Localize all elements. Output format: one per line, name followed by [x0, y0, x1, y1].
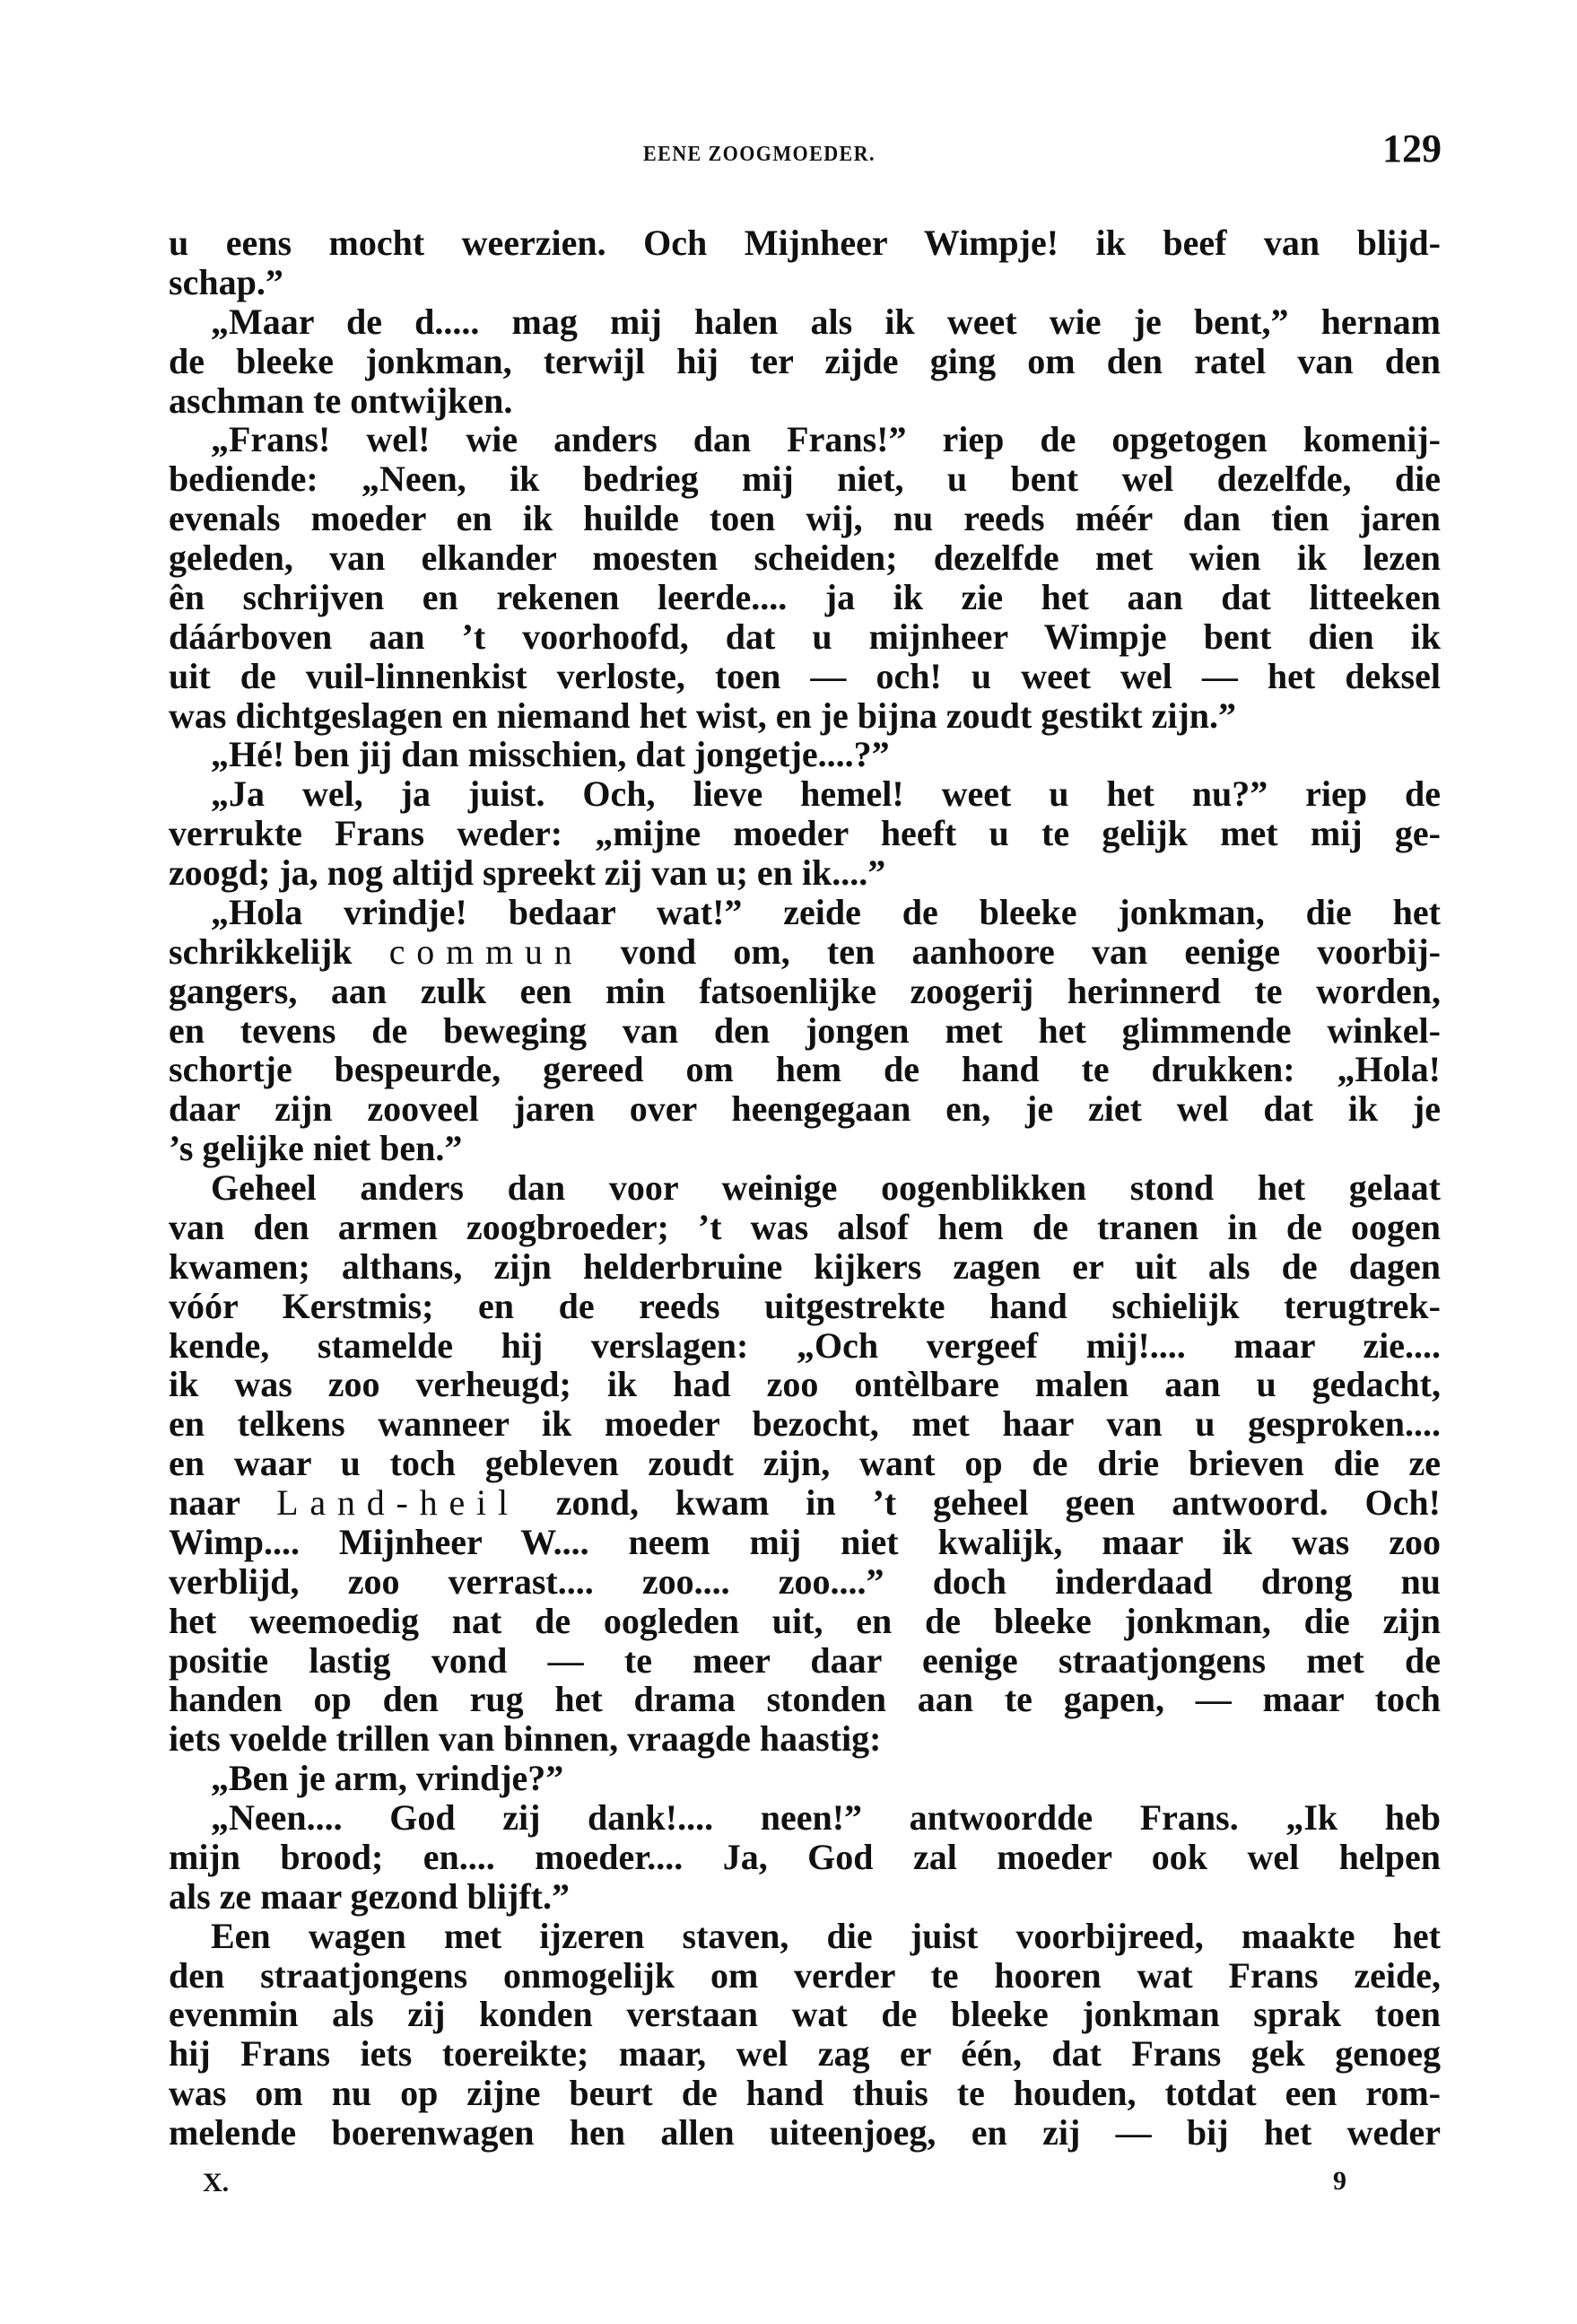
- paragraph: Een wagen met ijzeren staven, die juist …: [169, 1917, 1441, 2153]
- text-segment: gangers, aan zulk een min fatsoenlijke z…: [169, 971, 1441, 1011]
- text-segment: naar: [169, 1482, 276, 1523]
- text-line: en telkens wanneer ik moeder bezocht, me…: [169, 1404, 1441, 1444]
- text-segment: vóór Kerstmis; en de reeds uitgestrekte …: [169, 1286, 1441, 1326]
- text-line: melende boerenwagen hen allen uiteenjoeg…: [169, 2113, 1441, 2153]
- text-segment: kwamen; althans, zijn helderbruine kijke…: [169, 1246, 1441, 1287]
- text-segment: daar zijn zooveel jaren over heengegaan …: [169, 1088, 1441, 1129]
- sheet-number: 9: [1333, 2168, 1346, 2195]
- paragraph: u eens mocht weerzien. Och Mijnheer Wimp…: [169, 223, 1441, 302]
- text-line: positie lastig vond — te meer daar eenig…: [169, 1641, 1441, 1681]
- text-segment: het weemoedig nat de oogleden uit, en de…: [169, 1601, 1441, 1641]
- text-segment: ik was zoo verheugd; ik had zoo ontèlbar…: [169, 1364, 1441, 1404]
- text-line: het weemoedig nat de oogleden uit, en de…: [169, 1602, 1441, 1641]
- text-line: evenals moeder en ik huilde toen wij, nu…: [169, 499, 1441, 538]
- body-text: u eens mocht weerzien. Och Mijnheer Wimp…: [169, 223, 1441, 2153]
- text-segment: zond, kwam in ’t geheel geen antwoord. O…: [519, 1482, 1441, 1523]
- text-segment: „Maar de d..... mag mij halen als ik wee…: [211, 301, 1441, 342]
- text-line: kende, stamelde hij verslagen: „Och verg…: [169, 1326, 1441, 1366]
- text-line: zoogd; ja, nog altijd spreekt zij van u;…: [169, 853, 1441, 893]
- text-line: bediende: „Neen, ik bedrieg mij niet, u …: [169, 459, 1441, 499]
- text-line: verblijd, zoo verrast.... zoo.... zoo...…: [169, 1562, 1441, 1602]
- text-segment: verrukte Frans weder: „mijne moeder heef…: [169, 813, 1441, 853]
- paragraph: „Ja wel, ja juist. Och, lieve hemel! wee…: [169, 774, 1441, 893]
- text-line: dáárboven aan ’t voorhoofd, dat u mijnhe…: [169, 617, 1441, 657]
- text-line: ên schrijven en rekenen leerde.... ja ik…: [169, 578, 1441, 617]
- text-line: van den armen zoogbroeder; ’t was alsof …: [169, 1208, 1441, 1247]
- text-segment: en telkens wanneer ik moeder bezocht, me…: [169, 1403, 1441, 1444]
- text-line: Een wagen met ijzeren staven, die juist …: [169, 1917, 1441, 1956]
- text-segment: positie lastig vond — te meer daar eenig…: [169, 1640, 1441, 1681]
- text-segment: schortje bespeurde, gereed om hem de han…: [169, 1049, 1441, 1089]
- text-line: Wimp.... Mijnheer W.... neem mij niet kw…: [169, 1523, 1441, 1562]
- text-segment: iets voelde trillen van binnen, vraagde …: [169, 1718, 881, 1759]
- text-line: de bleeke jonkman, terwijl hij ter zijde…: [169, 342, 1441, 381]
- text-line: „Frans! wel! wie anders dan Frans!” riep…: [169, 420, 1441, 459]
- text-segment: en tevens de beweging van den jongen met…: [169, 1010, 1441, 1051]
- text-segment: handen op den rug het drama stonden aan …: [169, 1679, 1441, 1719]
- text-line: verrukte Frans weder: „mijne moeder heef…: [169, 814, 1441, 853]
- text-line: u eens mocht weerzien. Och Mijnheer Wimp…: [169, 223, 1441, 263]
- text-line: ik was zoo verheugd; ik had zoo ontèlbar…: [169, 1365, 1441, 1404]
- text-line: geleden, van elkander moesten scheiden; …: [169, 538, 1441, 578]
- text-line: „Ben je arm, vrindje?”: [169, 1759, 1441, 1798]
- text-line: iets voelde trillen van binnen, vraagde …: [169, 1719, 1441, 1759]
- text-segment: mijn brood; en.... moeder.... Ja, God za…: [169, 1837, 1441, 1877]
- text-segment: Wimp.... Mijnheer W.... neem mij niet kw…: [169, 1522, 1441, 1562]
- text-segment: van den armen zoogbroeder; ’t was alsof …: [169, 1207, 1441, 1247]
- signature-mark: X.: [203, 2170, 229, 2197]
- text-line: naar Land-heil zond, kwam in ’t geheel g…: [169, 1483, 1441, 1523]
- text-segment: ’s gelijke niet ben.”: [169, 1128, 462, 1168]
- paragraph: „Hola vrindje! bedaar wat!” zeide de ble…: [169, 893, 1441, 1168]
- text-line: schrikkelijk commun vond om, ten aanhoor…: [169, 932, 1441, 972]
- text-segment: den straatjongens onmogelijk om verder t…: [169, 1955, 1441, 1996]
- text-segment: kende, stamelde hij verslagen: „Och verg…: [169, 1325, 1441, 1366]
- text-line: „Neen.... God zij dank!.... neen!” antwo…: [169, 1798, 1441, 1838]
- text-segment: was dichtgeslagen en niemand het wist, e…: [169, 695, 1236, 736]
- text-segment: evenals moeder en ik huilde toen wij, nu…: [169, 498, 1441, 538]
- text-segment: „Hola vrindje! bedaar wat!” zeide de ble…: [211, 892, 1441, 932]
- text-line: „Ja wel, ja juist. Och, lieve hemel! wee…: [169, 774, 1441, 814]
- text-line: schortje bespeurde, gereed om hem de han…: [169, 1050, 1441, 1089]
- text-segment: schrikkelijk: [169, 931, 389, 972]
- text-segment: de bleeke jonkman, terwijl hij ter zijde…: [169, 341, 1441, 381]
- text-line: aschman te ontwijken.: [169, 381, 1441, 421]
- text-segment: schap.”: [169, 262, 283, 302]
- text-line: en waar u toch gebleven zoudt zijn, want…: [169, 1444, 1441, 1483]
- text-line: den straatjongens onmogelijk om verder t…: [169, 1956, 1441, 1996]
- text-line: evenmin als zij konden verstaan wat de b…: [169, 1995, 1441, 2034]
- spaced-emphasis: commun: [389, 931, 584, 972]
- text-segment: „Neen.... God zij dank!.... neen!” antwo…: [211, 1797, 1441, 1838]
- text-segment: Een wagen met ijzeren staven, die juist …: [211, 1916, 1441, 1956]
- text-line: was dichtgeslagen en niemand het wist, e…: [169, 696, 1441, 736]
- text-segment: als ze maar gezond blijft.”: [169, 1876, 570, 1917]
- text-segment: geleden, van elkander moesten scheiden; …: [169, 537, 1441, 578]
- text-segment: melende boerenwagen hen allen uiteenjoeg…: [169, 2112, 1441, 2153]
- paragraph: „Ben je arm, vrindje?”: [169, 1759, 1441, 1798]
- text-segment: Geheel anders dan voor weinige oogenblik…: [211, 1167, 1441, 1208]
- text-line: vóór Kerstmis; en de reeds uitgestrekte …: [169, 1287, 1441, 1326]
- text-segment: uit de vuil-linnenkist verloste, toen — …: [169, 656, 1441, 696]
- text-segment: aschman te ontwijken.: [169, 380, 512, 421]
- text-line: was om nu op zijne beurt de hand thuis t…: [169, 2074, 1441, 2113]
- text-line: „Hola vrindje! bedaar wat!” zeide de ble…: [169, 893, 1441, 932]
- running-head-title: EENE ZOOGMOEDER.: [643, 142, 940, 167]
- text-segment: hij Frans iets toereikte; maar, wel zag …: [169, 2033, 1441, 2074]
- text-segment: bediende: „Neen, ik bedrieg mij niet, u …: [169, 459, 1441, 499]
- paragraph: Geheel anders dan voor weinige oogenblik…: [169, 1168, 1441, 1759]
- text-segment: verblijd, zoo verrast.... zoo.... zoo...…: [169, 1561, 1441, 1602]
- text-line: schap.”: [169, 263, 1441, 302]
- text-segment: dáárboven aan ’t voorhoofd, dat u mijnhe…: [169, 616, 1441, 657]
- spaced-emphasis: Land-heil: [276, 1482, 519, 1523]
- text-segment: zoogd; ja, nog altijd spreekt zij van u;…: [169, 852, 885, 893]
- text-segment: was om nu op zijne beurt de hand thuis t…: [169, 2073, 1441, 2113]
- text-line: hij Frans iets toereikte; maar, wel zag …: [169, 2034, 1441, 2074]
- page-number: 129: [1382, 129, 1445, 169]
- book-page: EENE ZOOGMOEDER. 129 u eens mocht weerzi…: [0, 0, 1577, 2324]
- text-line: daar zijn zooveel jaren over heengegaan …: [169, 1089, 1441, 1129]
- text-segment: vond om, ten aanhoore van eenige voorbij…: [583, 931, 1441, 972]
- text-line: als ze maar gezond blijft.”: [169, 1877, 1441, 1917]
- paragraph: „Neen.... God zij dank!.... neen!” antwo…: [169, 1798, 1441, 1917]
- text-line: uit de vuil-linnenkist verloste, toen — …: [169, 657, 1441, 696]
- text-segment: „Ben je arm, vrindje?”: [211, 1758, 563, 1798]
- text-line: Geheel anders dan voor weinige oogenblik…: [169, 1168, 1441, 1208]
- text-line: „Maar de d..... mag mij halen als ik wee…: [169, 302, 1441, 342]
- text-line: en tevens de beweging van den jongen met…: [169, 1011, 1441, 1051]
- paragraph: „Frans! wel! wie anders dan Frans!” riep…: [169, 420, 1441, 735]
- text-segment: en waar u toch gebleven zoudt zijn, want…: [169, 1443, 1441, 1483]
- text-segment: u eens mocht weerzien. Och Mijnheer Wimp…: [169, 223, 1441, 263]
- text-segment: „Frans! wel! wie anders dan Frans!” riep…: [211, 419, 1441, 459]
- text-segment: „Hé! ben jij dan misschien, dat jongetje…: [211, 734, 890, 774]
- text-line: handen op den rug het drama stonden aan …: [169, 1680, 1441, 1719]
- text-segment: evenmin als zij konden verstaan wat de b…: [169, 1994, 1441, 2034]
- text-line: kwamen; althans, zijn helderbruine kijke…: [169, 1247, 1441, 1287]
- text-segment: ên schrijven en rekenen leerde.... ja ik…: [169, 577, 1441, 617]
- paragraph: „Maar de d..... mag mij halen als ik wee…: [169, 302, 1441, 421]
- paragraph: „Hé! ben jij dan misschien, dat jongetje…: [169, 735, 1441, 774]
- text-line: „Hé! ben jij dan misschien, dat jongetje…: [169, 735, 1441, 774]
- text-line: ’s gelijke niet ben.”: [169, 1129, 1441, 1168]
- text-line: mijn brood; en.... moeder.... Ja, God za…: [169, 1838, 1441, 1877]
- text-line: gangers, aan zulk een min fatsoenlijke z…: [169, 972, 1441, 1011]
- text-segment: „Ja wel, ja juist. Och, lieve hemel! wee…: [211, 773, 1441, 814]
